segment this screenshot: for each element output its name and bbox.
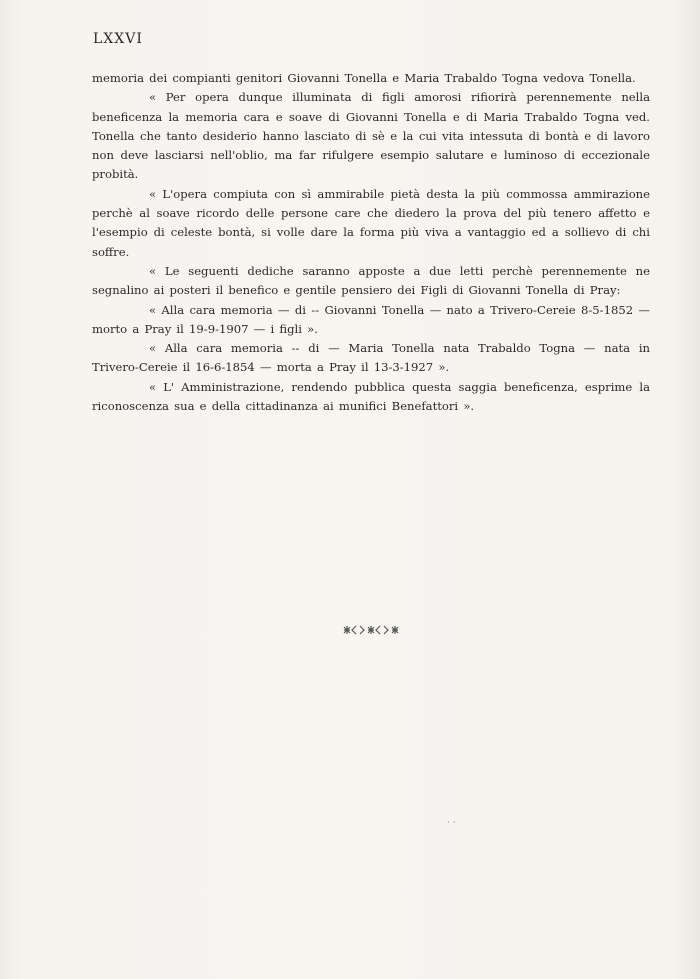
- paragraph: « L' Amministrazione, rendendo pubblica …: [92, 378, 650, 417]
- paragraph: « L'opera compiuta con sì ammirabile pie…: [92, 185, 650, 262]
- paragraph: « Le seguenti dediche saranno apposte a …: [92, 262, 650, 301]
- body-text: memoria dei compianti genitori Giovanni …: [92, 69, 650, 416]
- ornament-divider-icon: [342, 624, 400, 639]
- paragraph: « Per opera dunque illuminata di figli a…: [92, 88, 650, 184]
- page-number: LXXVI: [93, 31, 143, 47]
- paragraph: memoria dei compianti genitori Giovanni …: [92, 69, 650, 88]
- dedication-paragraph: « Alla cara memoria — di -- Giovanni Ton…: [92, 301, 650, 340]
- dedication-paragraph: « Alla cara memoria -- di — Maria Tonell…: [92, 339, 650, 378]
- document-page: LXXVI memoria dei compianti genitori Gio…: [0, 0, 700, 979]
- paper-speck: · ·: [447, 818, 456, 828]
